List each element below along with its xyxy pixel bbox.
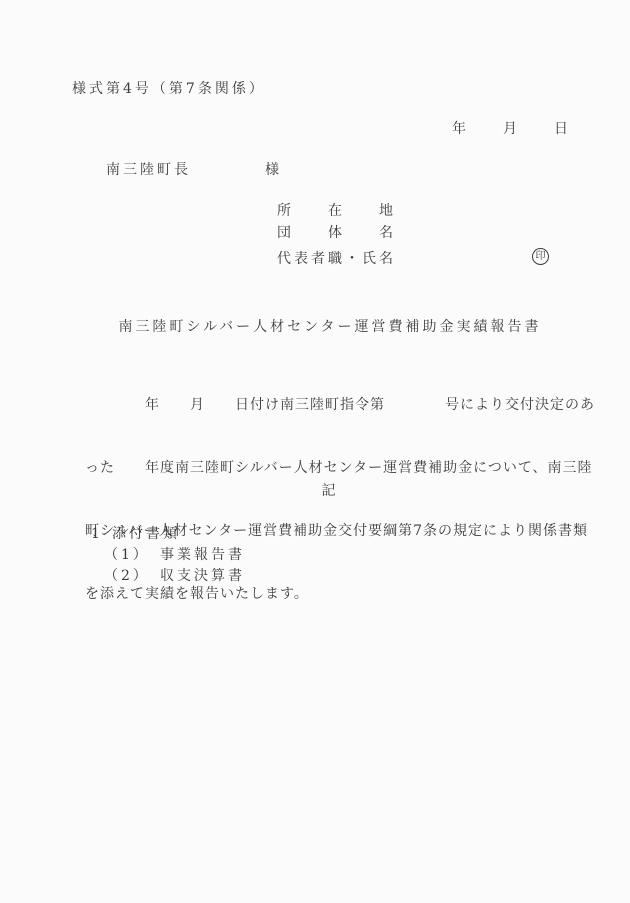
document-title: 南三陸町シルバー人材センター運営費補助金実績報告書	[80, 317, 580, 337]
sender-organization-label: 団 体 名	[277, 223, 396, 243]
seal-icon: 印	[532, 248, 549, 265]
attachment-item-number: （2）	[104, 566, 160, 586]
addressee-line: 南三陸町長 様	[106, 160, 282, 180]
attachment-item-label: 収支決算書	[160, 566, 245, 586]
attachments-heading: 1 添付書類	[91, 524, 180, 544]
addressee-name: 南三陸町長	[106, 160, 191, 180]
record-heading: 記	[80, 481, 580, 501]
attachments-item-number: 1	[91, 524, 112, 544]
addressee-honorific: 様	[265, 160, 282, 180]
attachment-item: （1） 事業報告書	[104, 545, 245, 565]
attachments-title: 添付書類	[112, 524, 180, 544]
date-line: 年 月 日	[452, 119, 571, 139]
body-line-2: った 年度南三陸町シルバー人材センター運営費補助金について、南三陸	[85, 457, 595, 480]
representative-name-label: 代表者職・氏名	[277, 249, 396, 269]
attachment-item: （2） 収支決算書	[104, 566, 245, 586]
body-line-1: 年 月 日付け南三陸町指令第 号により交付決定のあ	[85, 394, 595, 417]
document-page: 様式第4号（第7条関係） 年 月 日 南三陸町長 様 所 在 地 団 体 名 代…	[0, 0, 630, 903]
seal-character: 印	[536, 252, 546, 262]
form-number: 様式第4号（第7条関係）	[72, 79, 266, 99]
attachment-item-label: 事業報告書	[160, 545, 245, 565]
body-line-4: を添えて実績を報告いたします。	[85, 583, 595, 606]
sender-address-label: 所 在 地	[277, 201, 396, 221]
attachment-item-number: （1）	[104, 545, 160, 565]
